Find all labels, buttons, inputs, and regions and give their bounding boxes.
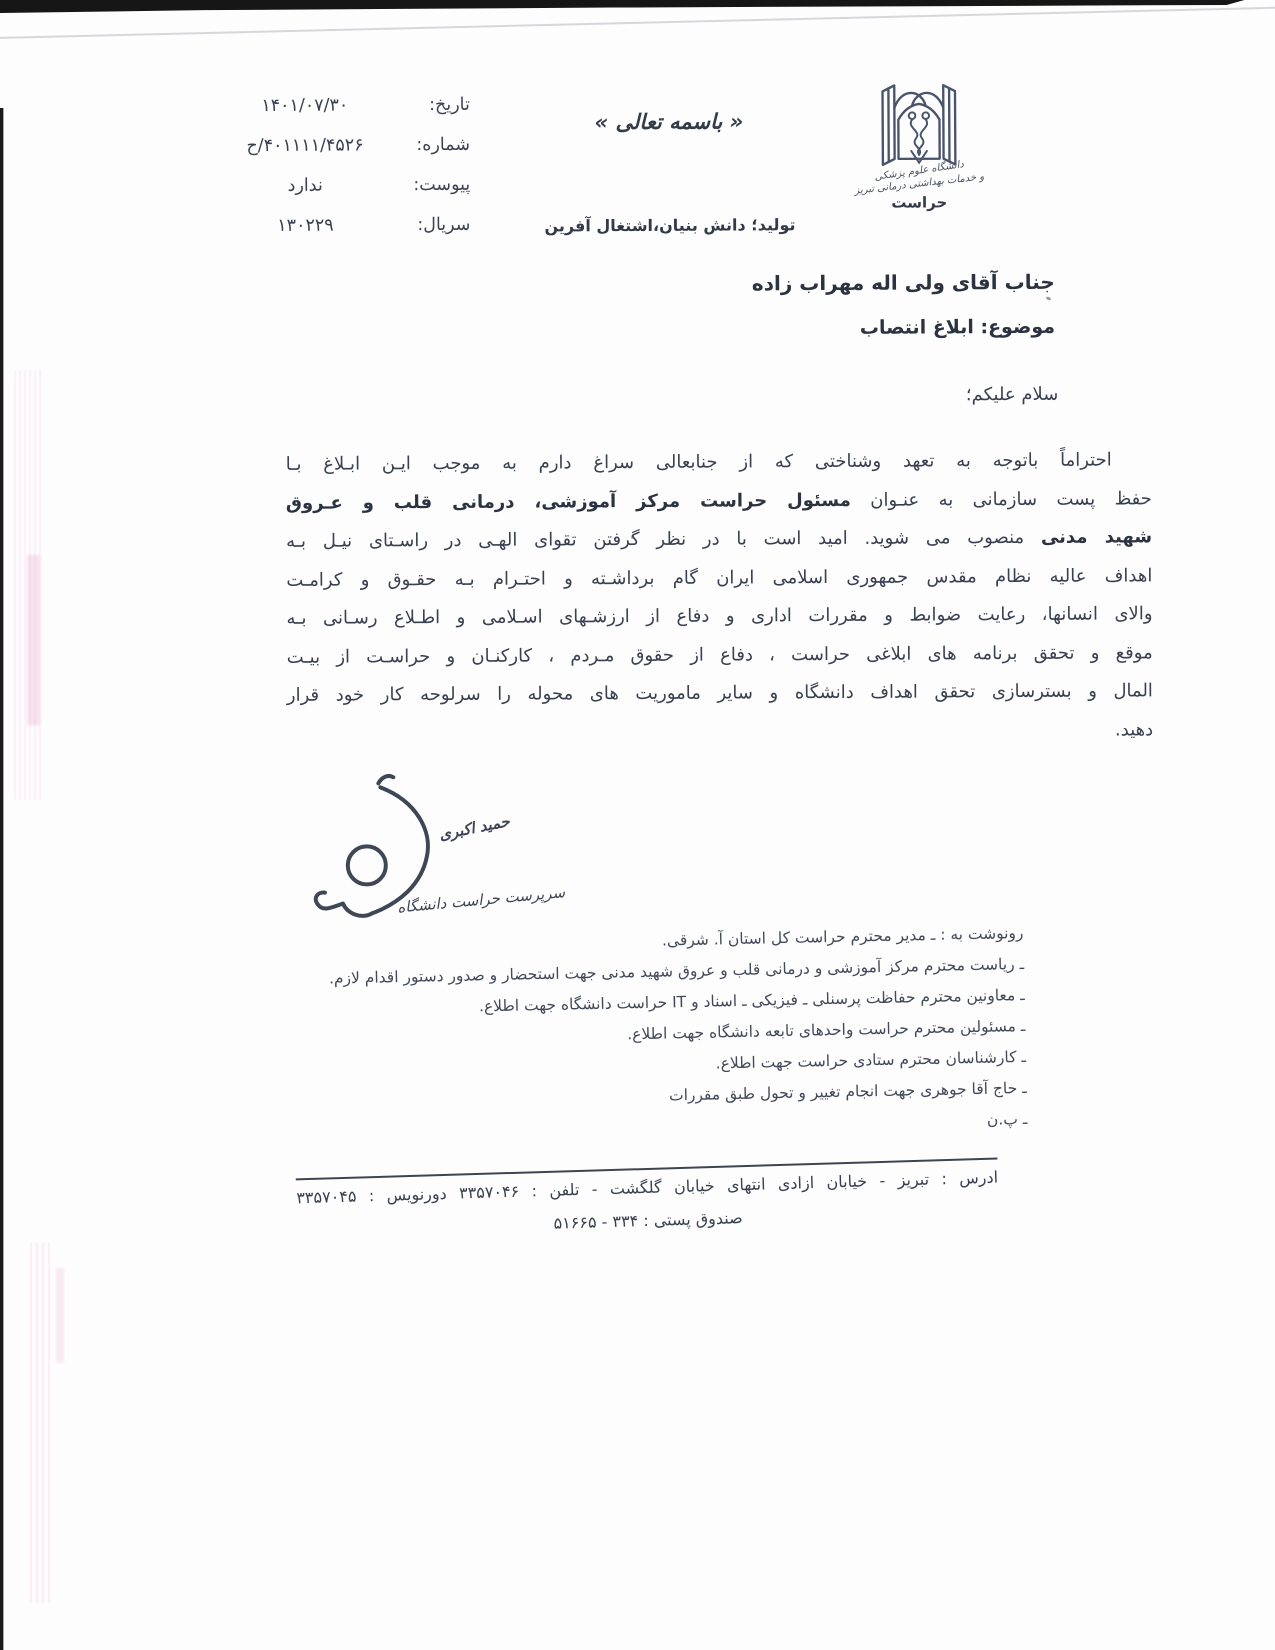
attachment-label: پیوست:: [396, 175, 470, 195]
meta-row-date: تاریخ: ۱۴۰۱/۰۷/۳۰: [214, 85, 470, 126]
meta-row-attachment: پیوست: ندارد: [214, 165, 470, 206]
body-segment: والای انسانها، رعایت ضوابط و مقررات ادار…: [286, 603, 1152, 629]
letter-subject: موضوع: ابلاغ انتصاب: [860, 316, 1055, 339]
serial-value: ۱۳۰۲۲۹: [214, 215, 396, 236]
body-segment: دهید.: [1115, 719, 1153, 740]
serial-label: سریال:: [396, 215, 470, 235]
body-line: حفظ پست سازمانی به عنـوان مسئول حراست مر…: [286, 480, 1152, 523]
body-segment: احتراماً باتوجه به تعهد وشناختی که از جن…: [286, 450, 1112, 475]
meta-row-serial: سریال: ۱۳۰۲۲۹: [214, 205, 470, 246]
letter-body: احتراماً باتوجه به تعهد وشناختی که از جن…: [286, 441, 1154, 754]
body-segment: اهداف عالیه نظام مقدس جمهوری اسلامی ایرا…: [286, 565, 1152, 591]
body-segment: منصوب می شوید. امید است با در نظر گرفتن …: [286, 527, 1041, 552]
body-segment: موقع و تحقق برنامه های ابلاغی حراست ، دف…: [287, 642, 1153, 668]
header-meta-table: تاریخ: ۱۴۰۱/۰۷/۳۰ شماره: ۴۰۱۱۱۱/۴۵۲۶/ح پ…: [214, 85, 471, 246]
recipient-name: جناب آقای ولی اله مهراب زاده: [752, 270, 1055, 296]
body-segment-bold: شهید مدنی: [1041, 526, 1152, 548]
date-value: ۱۴۰۱/۰۷/۳۰: [214, 95, 396, 116]
body-line: شهید مدنی منصوب می شوید. امید است با در …: [286, 518, 1152, 561]
body-line: والای انسانها، رعایت ضوابط و مقررات ادار…: [286, 595, 1152, 638]
body-line: المال و بسترسازی تحقق اهداف دانشگاه و سا…: [287, 672, 1153, 715]
meta-row-number: شماره: ۴۰۱۱۱۱/۴۵۲۶/ح: [214, 125, 470, 166]
letter-content: تاریخ: ۱۴۰۱/۰۷/۳۰ شماره: ۴۰۱۱۱۱/۴۵۲۶/ح پ…: [0, 0, 1275, 1650]
attachment-value: ندارد: [214, 175, 396, 196]
signature-scribble: [230, 761, 491, 942]
date-label: تاریخ:: [396, 95, 470, 115]
body-line: دهید.: [287, 711, 1153, 754]
year-slogan-text: تولید؛ دانش بنیان،اشتغال آفرین: [544, 215, 795, 235]
cc-list: رونوشت به : ـ مدیر محترم حراست کل استان …: [283, 918, 1027, 1150]
letter-footer: ادرس : تبریز - خیابان ازادی انتهای خیابا…: [296, 1158, 1000, 1246]
signature-block: حمید اکبری سرپرست حراست دانشگاه: [230, 760, 731, 943]
number-value: ۴۰۱۱۱۱/۴۵۲۶/ح: [214, 135, 396, 156]
body-segment-bold: مسئول حراست مرکز آموزشی، درمانی قلب و عـ…: [286, 489, 851, 513]
university-logo-block: دانشگاه علوم پزشکی و خدمات بهداشتی درمان…: [844, 76, 995, 212]
body-line: اهداف عالیه نظام مقدس جمهوری اسلامی ایرا…: [286, 557, 1152, 600]
letter-greeting: سلام علیکم؛: [966, 384, 1059, 405]
body-segment: المال و بسترسازی تحقق اهداف دانشگاه و سا…: [287, 680, 1153, 706]
university-emblem-icon: [860, 76, 978, 171]
scanned-letter-page: تاریخ: ۱۴۰۱/۰۷/۳۰ شماره: ۴۰۱۱۱۱/۴۵۲۶/ح پ…: [0, 0, 1275, 1650]
body-line: احتراماً باتوجه به تعهد وشناختی که از جن…: [286, 441, 1152, 484]
number-label: شماره:: [396, 135, 470, 155]
body-segment: حفظ پست سازمانی به عنـوان: [851, 488, 1152, 511]
body-line: موقع و تحقق برنامه های ابلاغی حراست ، دف…: [287, 634, 1153, 677]
bismillah-text: « باسمه تعالی »: [579, 109, 759, 134]
